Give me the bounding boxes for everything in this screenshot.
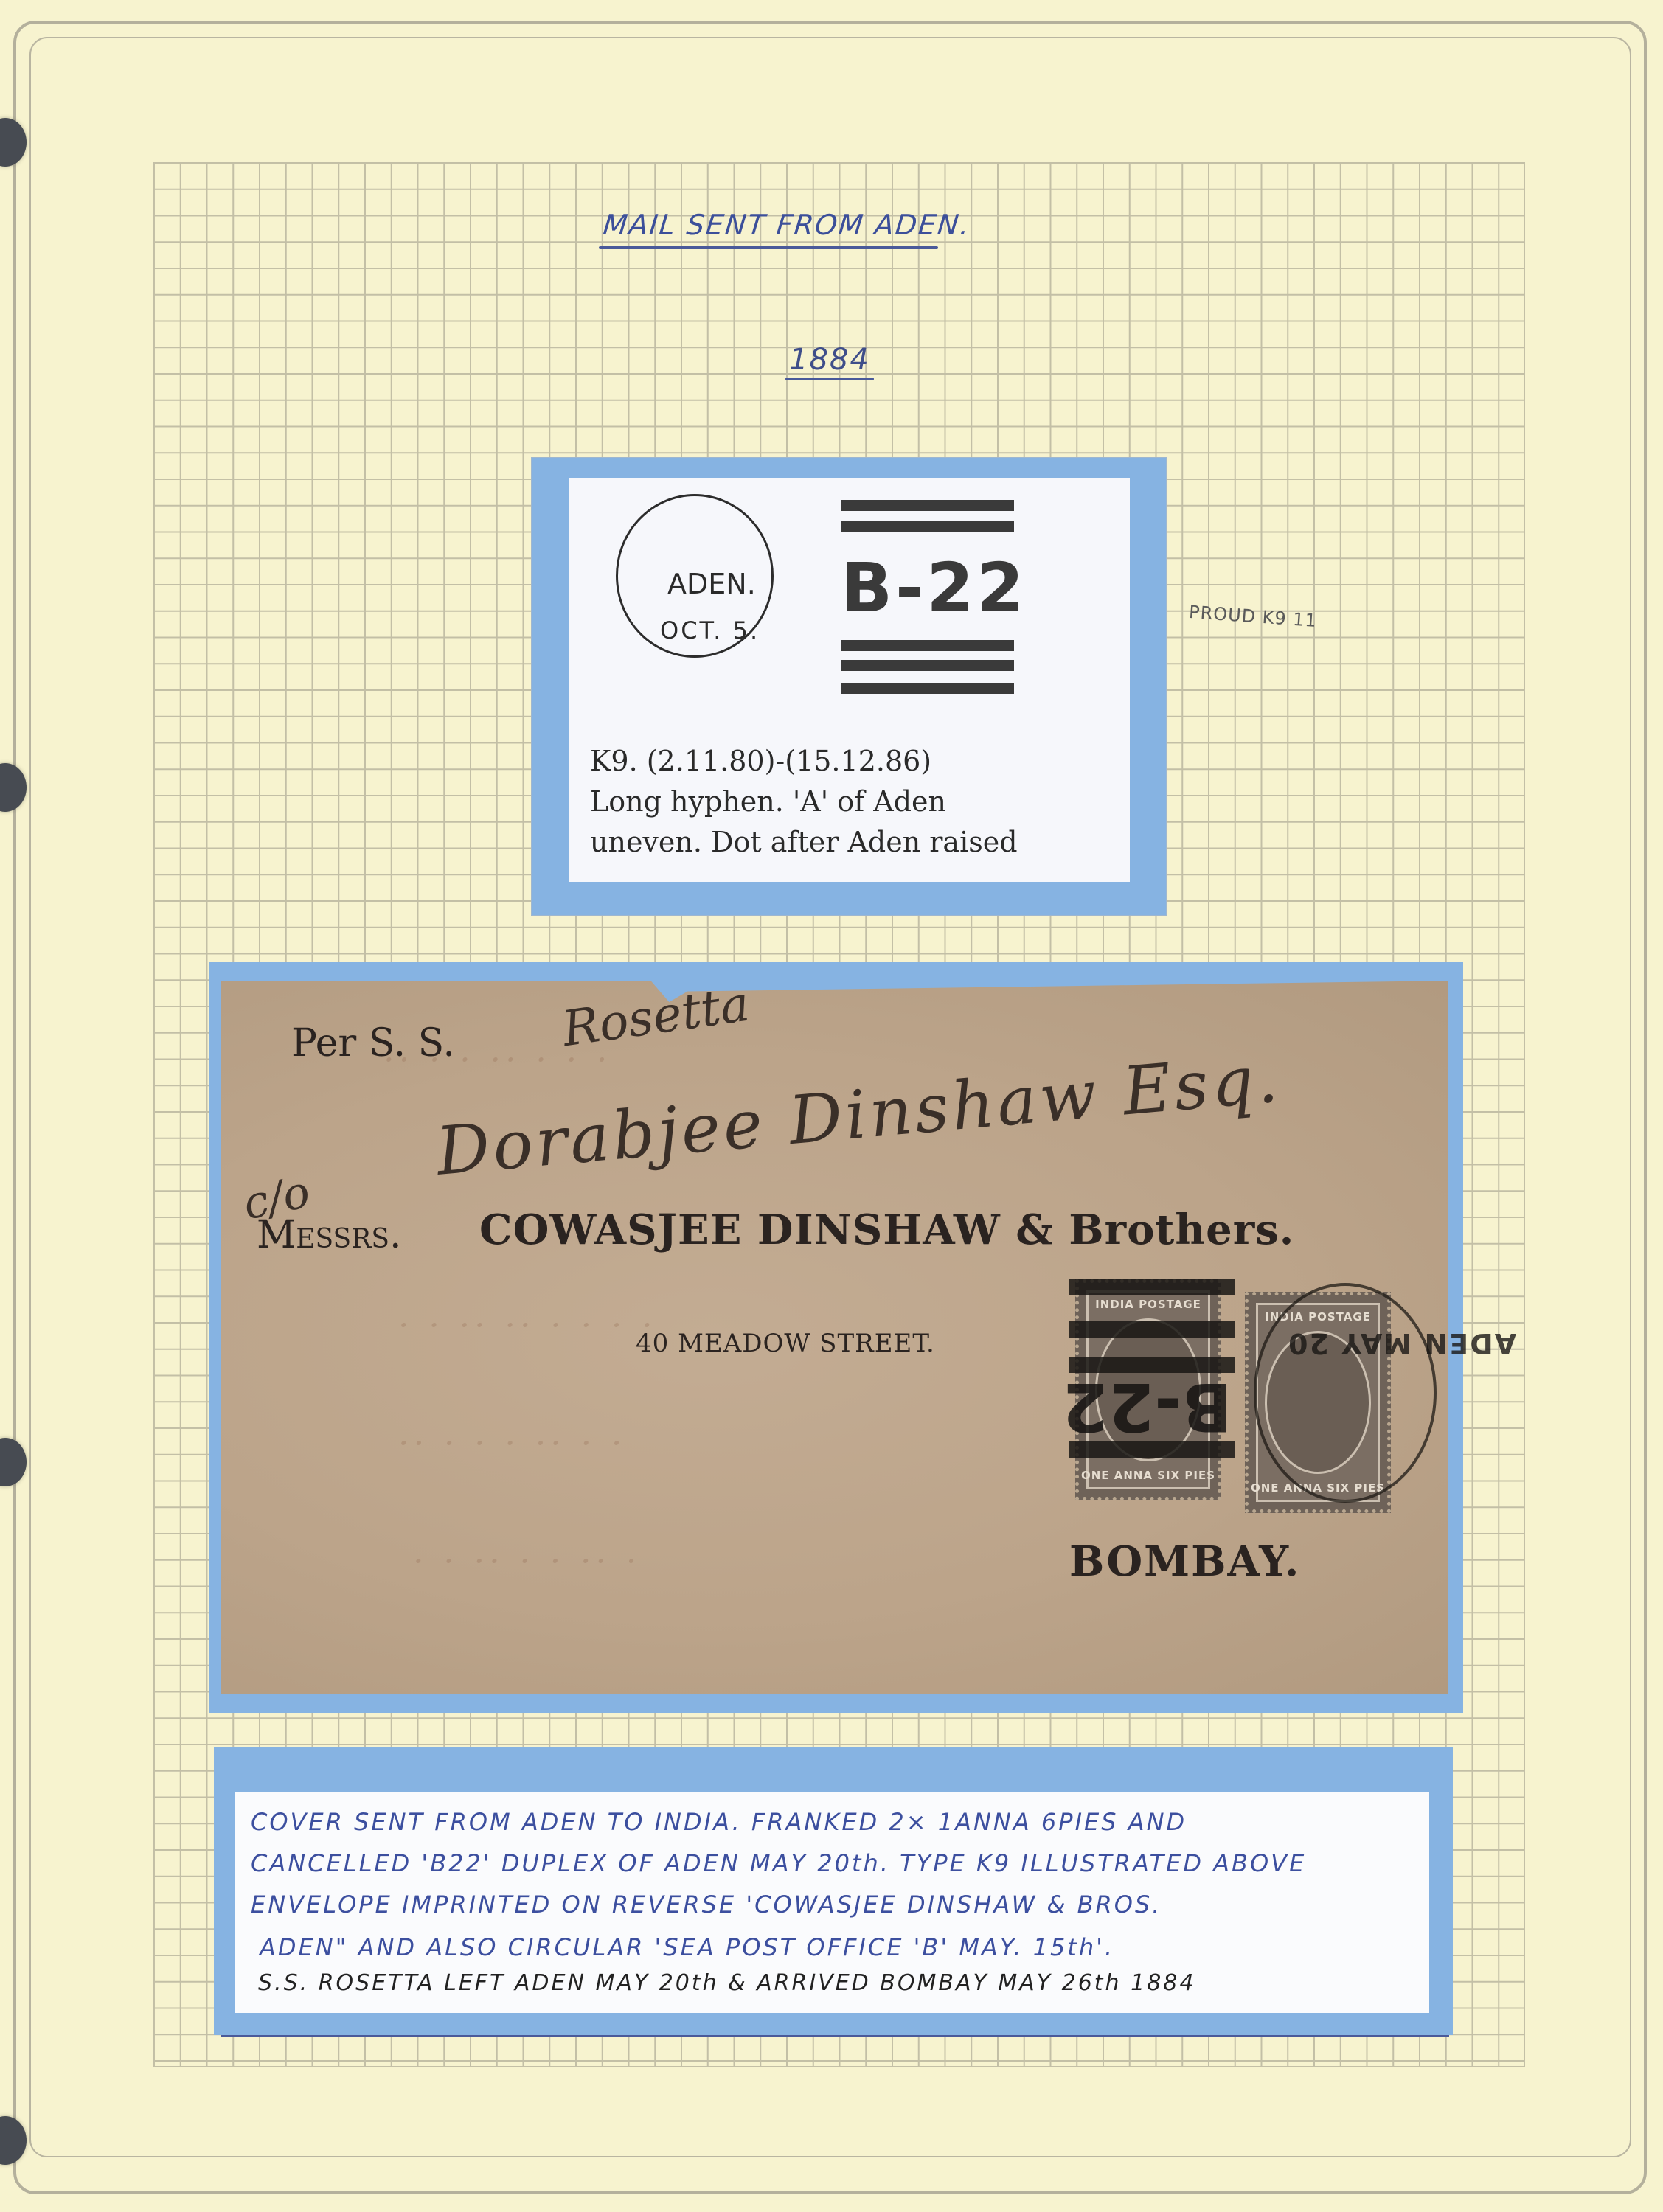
aden-cds-text: ADEN MAY 20 [1287,1327,1516,1360]
obliterator-bar [841,660,1014,671]
stamp-bottom-label: ONE ANNA SIX PIES [1079,1469,1218,1482]
addressee-prefix: Messrs. [257,1213,402,1257]
caption-line: uneven. Dot after Aden raised [590,826,1018,858]
title-underline [599,246,938,249]
b22-cancel: B-22 [1062,1368,1232,1445]
obliterator-bar [1069,1279,1235,1295]
description-line: ADEN" AND ALSO CIRCULAR 'SEA POST OFFICE… [260,1933,1114,1961]
cds-town: ADEN. [667,568,756,600]
page-title: MAIL SENT FROM ADEN. [602,209,973,241]
page-year: 1884 [789,343,870,377]
bottom-underline [221,2035,1449,2037]
obliterator-bar [841,640,1014,651]
addressee-name: COWASJEE DINSHAW & Brothers. [479,1206,1294,1254]
obliterator-bar [841,521,1014,532]
obliterator-bar [1069,1321,1235,1338]
stamp-top-label: INDIA POSTAGE [1079,1298,1218,1311]
description-line: S.S. ROSETTA LEFT ADEN MAY 20th & ARRIVE… [258,1970,1195,1996]
caption-line: K9. (2.11.80)-(15.12.86) [590,745,931,777]
description-line: CANCELLED 'B22' DUPLEX OF ADEN MAY 20th.… [251,1849,1306,1877]
year-underline [785,378,874,380]
street-address: 40 MEADOW STREET. [636,1329,935,1358]
caption-line: Long hyphen. 'A' of Aden [590,785,946,818]
numeral-obliterator: B-22 [841,554,1027,622]
description-line: COVER SENT FROM ADEN TO INDIA. FRANKED 2… [251,1808,1187,1836]
description-line: ENVELOPE IMPRINTED ON REVERSE 'COWASJEE … [251,1891,1162,1919]
aden-cds-ring [1254,1283,1437,1503]
cds-date: OCT. 5. [660,616,760,644]
obliterator-bar [841,683,1014,694]
obliterator-bar [841,500,1014,511]
per-ss-label: Per S. S. [291,1021,455,1065]
city-name: BOMBAY. [1069,1537,1300,1586]
